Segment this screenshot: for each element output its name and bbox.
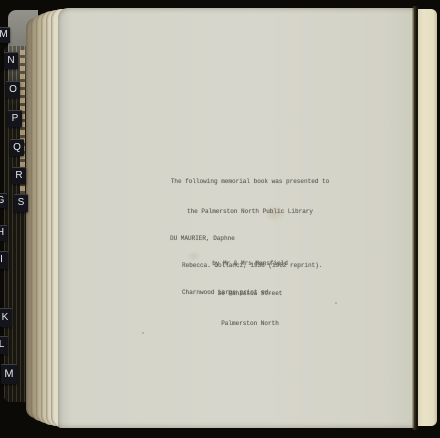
index-tab-g: G bbox=[0, 193, 7, 208]
index-tab-q: Q bbox=[10, 139, 24, 156]
presentation-line-5: Palmerston North bbox=[140, 319, 360, 329]
book-photo: M N O P Q R S G H I K L M The following … bbox=[0, 0, 440, 438]
index-tab-m-lower: M bbox=[1, 364, 17, 384]
catalogue-title: Rebecca. Gollancz, 1938 (1962 reprint). bbox=[170, 261, 322, 270]
index-tab-s: S bbox=[14, 194, 28, 212]
catalogue-entry: DU MAURIER, Daphne Rebecca. Gollancz, 19… bbox=[170, 216, 322, 315]
index-tab-l: L bbox=[0, 336, 8, 354]
index-tab-k: K bbox=[0, 308, 12, 327]
index-tab-i: I bbox=[0, 251, 8, 269]
index-tab-p: P bbox=[8, 110, 22, 127]
presentation-line-1: The following memorial book was presente… bbox=[140, 177, 360, 187]
catalogue-edition: Charnwood Large print ed. bbox=[170, 288, 322, 297]
catalogue-author: DU MAURIER, Daphne bbox=[170, 234, 322, 243]
index-tab-r: R bbox=[12, 167, 26, 184]
index-tab-m-upper: M bbox=[0, 27, 10, 43]
index-tab-h: H bbox=[0, 225, 7, 241]
tab-page-binding-edge bbox=[20, 50, 25, 208]
index-tab-n: N bbox=[4, 52, 18, 69]
right-page-sliver bbox=[418, 9, 437, 426]
index-tab-o: O bbox=[6, 81, 20, 98]
